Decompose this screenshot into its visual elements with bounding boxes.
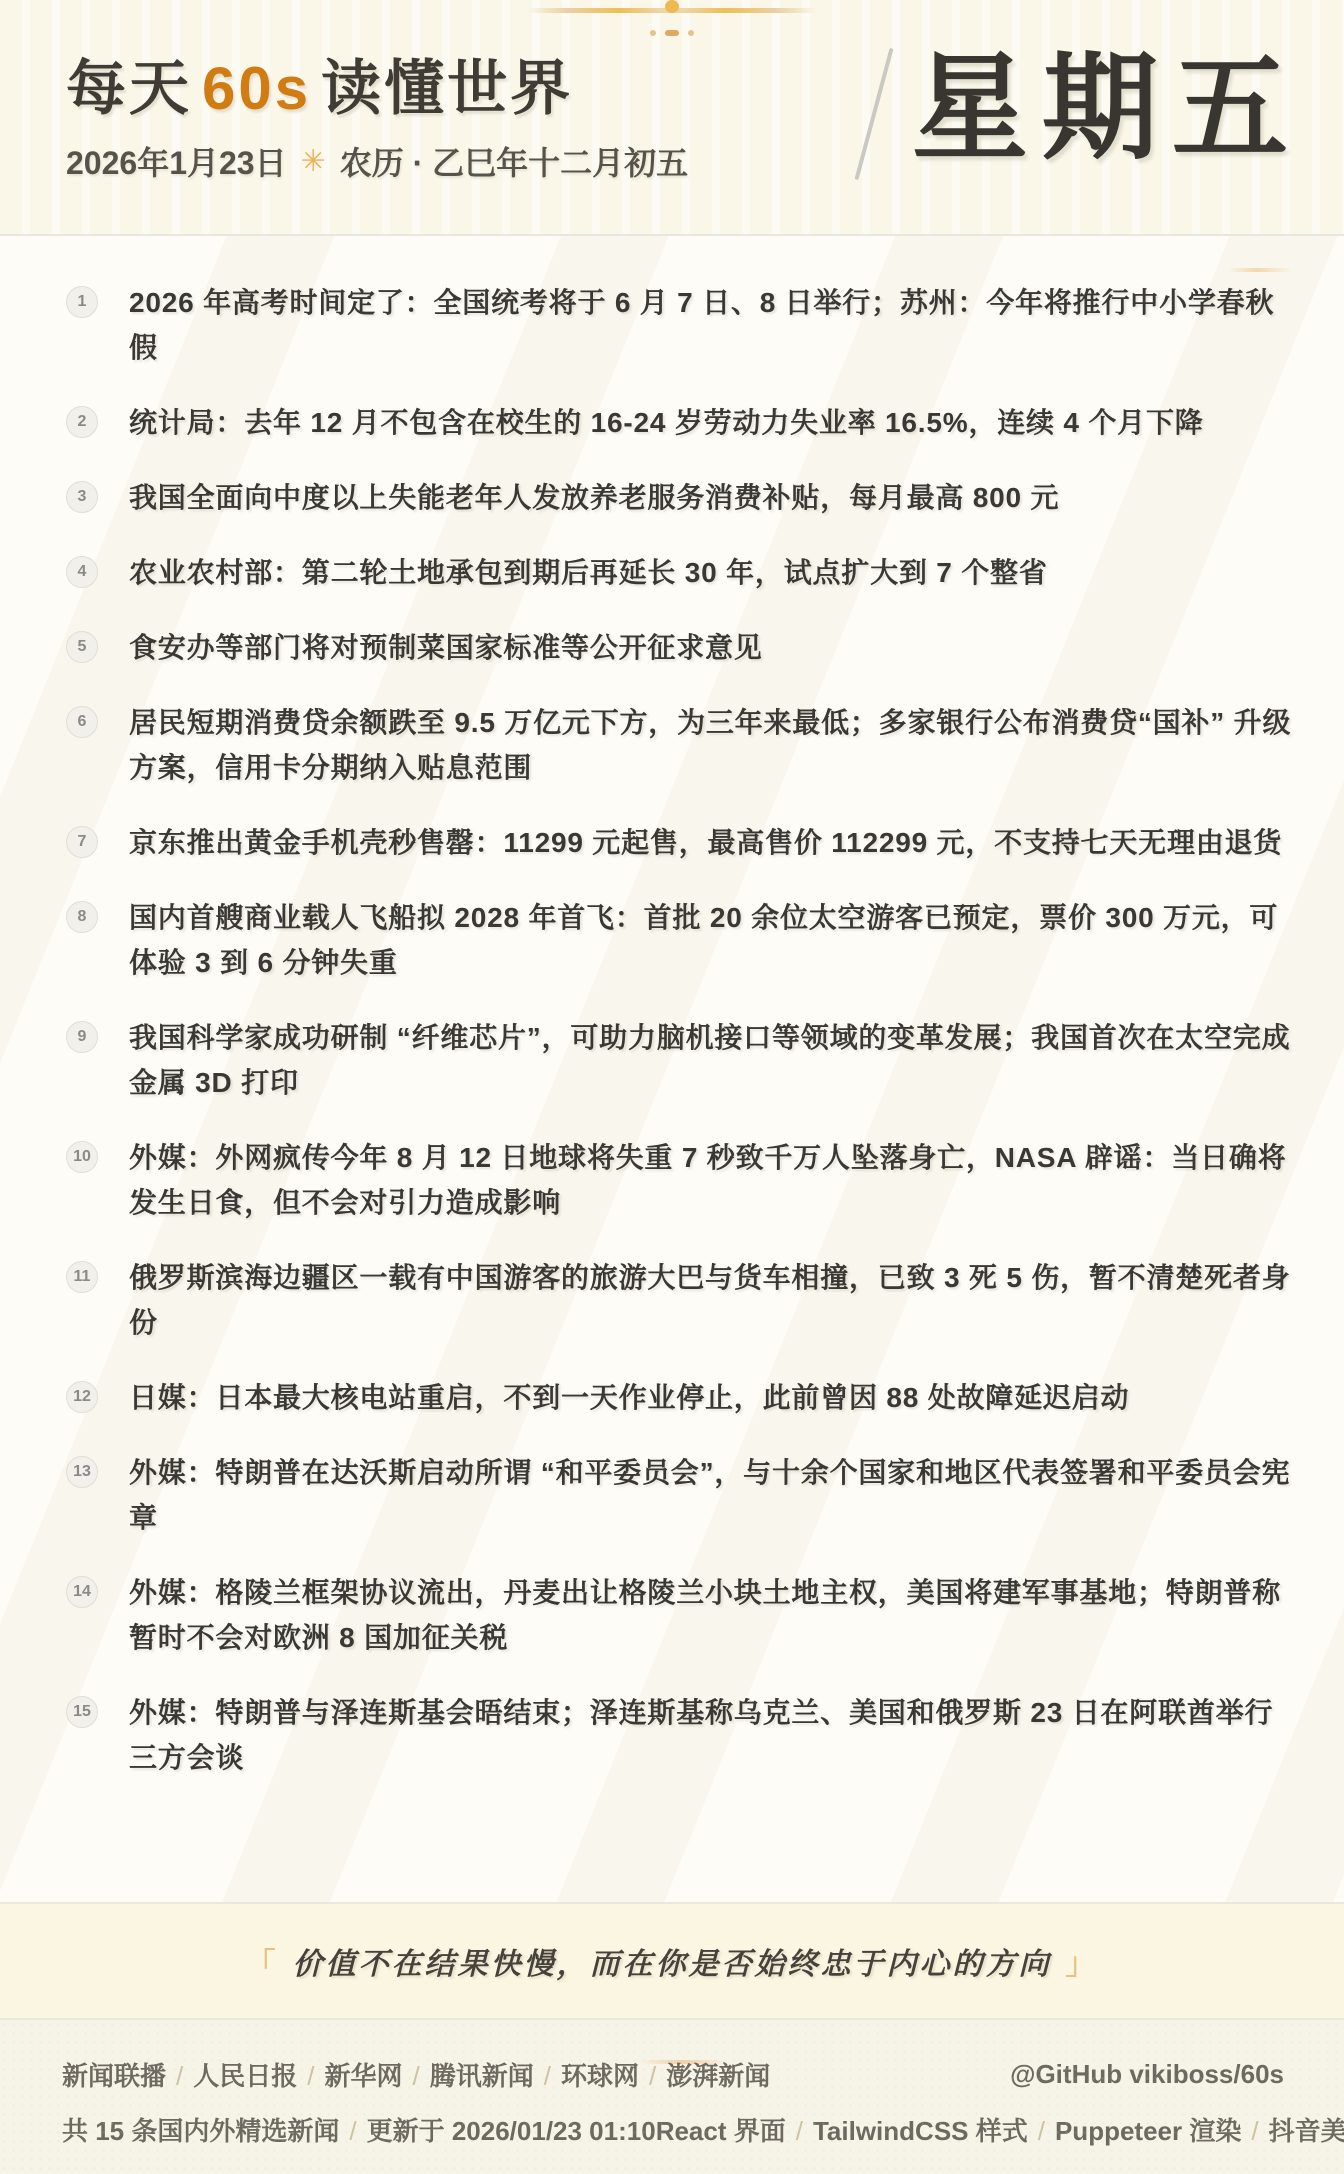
lunar-date: 农历 · 乙巳年十二月初五 [340,138,688,184]
header: 每天60s读懂世界 2026年1月23日 ✳ 农历 · 乙巳年十二月初五 星期五 [0,0,1344,236]
header-left: 每天60s读懂世界 2026年1月23日 ✳ 农历 · 乙巳年十二月初五 [66,0,688,184]
news-sources: 新闻联播/人民日报/新华网/腾讯新闻/环球网/澎湃新闻 [62,2056,770,2093]
news-item-number: 6 [66,706,98,738]
daily-news-card: 每天60s读懂世界 2026年1月23日 ✳ 农历 · 乙巳年十二月初五 星期五… [0,0,1344,2174]
news-item: 2 统计局：去年 12 月不包含在校生的 16-24 岁劳动力失业率 16.5%… [66,400,1294,445]
news-item-number: 12 [66,1381,98,1413]
news-item-number: 13 [66,1456,98,1488]
news-item-text: 国内首艘商业载人飞船拟 2028 年首飞：首批 20 余位太空游客已预定，票价 … [129,895,1294,985]
news-list: 1 2026 年高考时间定了：全国统考将于 6 月 7 日、8 日举行；苏州：今… [0,236,1344,1902]
stack-item: React 界面 [656,2116,786,2146]
separator: / [534,2061,561,2091]
date-row: 2026年1月23日 ✳ 农历 · 乙巳年十二月初五 [66,138,688,184]
stack-item: Puppeteer 渲染 [1055,2116,1241,2146]
news-item-number: 1 [66,286,98,318]
quote-close-bracket: 」 [1066,1948,1099,1981]
title-part1: 每天 [66,55,192,122]
tech-stack: React 界面/TailwindCSS 样式/Puppeteer 渲染/抖音美… [656,2111,1344,2148]
news-item-number: 8 [66,901,98,933]
news-item-number: 14 [66,1576,98,1608]
separator: / [639,2061,666,2091]
news-item: 9 我国科学家成功研制 “纤维芯片”，可助力脑机接口等领域的变革发展；我国首次在… [66,1015,1294,1105]
news-item-text: 外媒：格陵兰框架协议流出，丹麦出让格陵兰小块土地主权，美国将建军事基地；特朗普称… [129,1570,1294,1660]
news-item-text: 外媒：外网疯传今年 8 月 12 日地球将失重 7 秒致千万人坠落身亡，NASA… [129,1135,1294,1225]
quote-open-bracket: 「 [246,1948,279,1981]
news-item-number: 4 [66,556,98,588]
news-item: 10 外媒：外网疯传今年 8 月 12 日地球将失重 7 秒致千万人坠落身亡，N… [66,1135,1294,1225]
news-item-text: 居民短期消费贷余额跌至 9.5 万亿元下方，为三年来最低；多家银行公布消费贷“国… [129,700,1294,790]
news-item: 14 外媒：格陵兰框架协议流出，丹麦出让格陵兰小块土地主权，美国将建军事基地；特… [66,1570,1294,1660]
separator: / [1028,2116,1055,2146]
news-item-text: 外媒：特朗普与泽连斯基会晤结束；泽连斯基称乌克兰、美国和俄罗斯 23 日在阿联酋… [129,1690,1294,1780]
source-item: 环球网 [561,2061,639,2091]
updated-time: 更新于 2026/01/23 01:10 [367,2116,656,2146]
footer-row-2: 共 15 条国内外精选新闻/更新于 2026/01/23 01:10 React… [62,2111,1284,2148]
gregorian-date: 2026年1月23日 [66,138,287,184]
news-item: 1 2026 年高考时间定了：全国统考将于 6 月 7 日、8 日举行；苏州：今… [66,280,1294,370]
news-item-text: 京东推出黄金手机壳秒售罄：11299 元起售，最高售价 112299 元，不支持… [129,820,1294,865]
separator: / [339,2116,366,2146]
news-item-text: 食安办等部门将对预制菜国家标准等公开征求意见 [129,625,1294,670]
news-item-text: 俄罗斯滨海边疆区一载有中国游客的旅游大巴与货车相撞，已致 3 死 5 伤，暂不清… [129,1255,1294,1345]
footer-meta: 共 15 条国内外精选新闻/更新于 2026/01/23 01:10 [62,2111,656,2148]
quote-text: 价值不在结果快慢，而在你是否始终忠于内心的方向 [293,1948,1052,1981]
news-item: 6 居民短期消费贷余额跌至 9.5 万亿元下方，为三年来最低；多家银行公布消费贷… [66,700,1294,790]
daily-quote: 「价值不在结果快慢，而在你是否始终忠于内心的方向」 [232,1939,1113,1983]
quote-section: 「价值不在结果快慢，而在你是否始终忠于内心的方向」 [0,1902,1344,2020]
news-item: 4 农业农村部：第二轮土地承包到期后再延长 30 年，试点扩大到 7 个整省 [66,550,1294,595]
news-item-text: 农业农村部：第二轮土地承包到期后再延长 30 年，试点扩大到 7 个整省 [129,550,1294,595]
footer-row-1: 新闻联播/人民日报/新华网/腾讯新闻/环球网/澎湃新闻 @GitHub viki… [62,2056,1284,2093]
news-item-text: 我国科学家成功研制 “纤维芯片”，可助力脑机接口等领域的变革发展；我国首次在太空… [129,1015,1294,1105]
news-item: 15 外媒：特朗普与泽连斯基会晤结束；泽连斯基称乌克兰、美国和俄罗斯 23 日在… [66,1690,1294,1780]
stack-item: 抖音美好体 [1269,2116,1344,2146]
source-item: 澎湃新闻 [666,2061,770,2091]
stack-item: TailwindCSS 样式 [813,2116,1028,2146]
paper-texture-streak [1228,268,1292,272]
news-item-number: 10 [66,1141,98,1173]
title-highlight-60s: 60s [202,55,311,122]
news-item-text: 外媒：特朗普在达沃斯启动所谓 “和平委员会”，与十余个国家和地区代表签署和平委员… [129,1450,1294,1540]
separator: / [1241,2116,1268,2146]
news-item: 11 俄罗斯滨海边疆区一载有中国游客的旅游大巴与货车相撞，已致 3 死 5 伤，… [66,1255,1294,1345]
source-item: 新华网 [325,2061,403,2091]
page-title: 每天60s读懂世界 [66,56,688,122]
separator: / [786,2116,813,2146]
weekday-label: 星期五 [912,50,1302,166]
news-item-text: 我国全面向中度以上失能老年人发放养老服务消费补贴，每月最高 800 元 [129,475,1294,520]
separator: / [297,2061,324,2091]
news-item: 5 食安办等部门将对预制菜国家标准等公开征求意见 [66,625,1294,670]
news-count: 共 15 条国内外精选新闻 [62,2116,339,2146]
news-item-text: 日媒：日本最大核电站重启，不到一天作业停止，此前曾因 88 处故障延迟启动 [129,1375,1294,1420]
source-item: 腾讯新闻 [430,2061,534,2091]
news-item: 7 京东推出黄金手机壳秒售罄：11299 元起售，最高售价 112299 元，不… [66,820,1294,865]
news-item-number: 11 [66,1261,98,1293]
separator: / [166,2061,193,2091]
news-item-number: 2 [66,406,98,438]
footer: 新闻联播/人民日报/新华网/腾讯新闻/环球网/澎湃新闻 @GitHub viki… [0,2020,1344,2174]
news-item-number: 9 [66,1021,98,1053]
news-item: 12 日媒：日本最大核电站重启，不到一天作业停止，此前曾因 88 处故障延迟启动 [66,1375,1294,1420]
news-item-number: 15 [66,1696,98,1728]
news-item-number: 7 [66,826,98,858]
news-item-text: 统计局：去年 12 月不包含在校生的 16-24 岁劳动力失业率 16.5%，连… [129,400,1294,445]
news-item: 3 我国全面向中度以上失能老年人发放养老服务消费补贴，每月最高 800 元 [66,475,1294,520]
source-item: 新闻联播 [62,2061,166,2091]
news-item-number: 5 [66,631,98,663]
github-credit: @GitHub vikiboss/60s [1010,2059,1284,2090]
source-item: 人民日报 [193,2061,297,2091]
header-right: 星期五 [872,44,1292,184]
title-part2: 读懂世界 [321,55,573,122]
news-item-text: 2026 年高考时间定了：全国统考将于 6 月 7 日、8 日举行；苏州：今年将… [129,280,1294,370]
slash-divider [854,48,893,180]
news-item: 8 国内首艘商业载人飞船拟 2028 年首飞：首批 20 余位太空游客已预定，票… [66,895,1294,985]
separator: / [403,2061,430,2091]
news-item-number: 3 [66,481,98,513]
news-item: 13 外媒：特朗普在达沃斯启动所谓 “和平委员会”，与十余个国家和地区代表签署和… [66,1450,1294,1540]
sparkle-icon: ✳ [301,144,326,179]
